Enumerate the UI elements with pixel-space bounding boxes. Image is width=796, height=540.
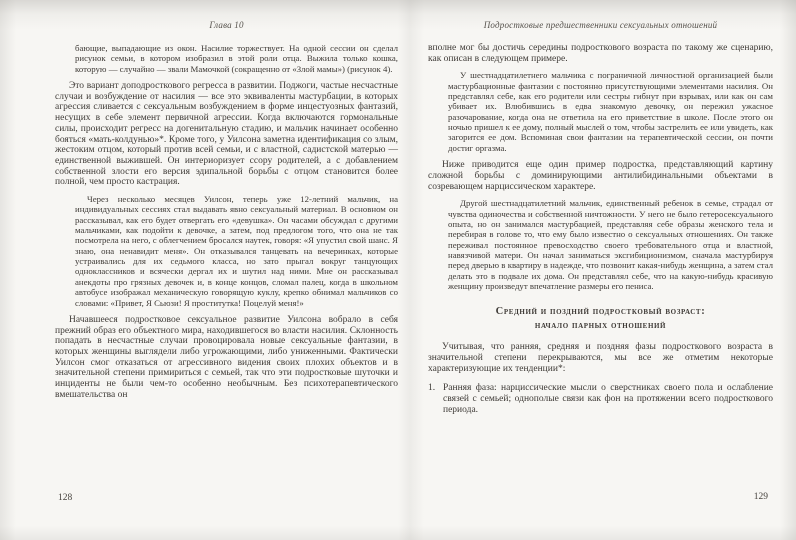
left-running-head: Глава 10 [55,20,398,30]
list-item: 1. Ранняя фаза: нарциссические мысли о с… [428,383,773,415]
left-page: Глава 10 бающие, выпадающие из окон. Нас… [55,20,398,406]
right-quote-case-vignette-1: У шестнадцатилетнего мальчика с погранич… [448,70,773,153]
left-paragraph-2: Начавшееся подростковое сексуальное разв… [55,315,398,401]
left-quote-continued: бающие, выпадающие из окон. Насилие торж… [75,43,398,74]
left-paragraph-1: Это вариант доподросткового регресса в р… [55,81,398,188]
left-page-number: 128 [58,493,72,503]
right-paragraph-1: вполне мог бы достичь середины подростко… [428,43,773,64]
list-item-text: Ранняя фаза: нарциссические мысли о свер… [443,383,773,415]
right-running-head: Подростковые предшественники сексуальных… [428,20,773,30]
right-quote-case-vignette-2: Другой шестнадцатилетний мальчик, единст… [448,198,773,291]
left-quote-case-vignette: Через несколько месяцев Уилсон, теперь у… [75,194,398,308]
book-spread: Глава 10 бающие, выпадающие из окон. Нас… [0,0,796,540]
section-heading-line-2: начало парных отношений [428,319,773,333]
right-page: Подростковые предшественники сексуальных… [428,20,773,416]
right-paragraph-3: Учитывая, что ранняя, средняя и поздняя … [428,342,773,374]
tendencies-list: 1. Ранняя фаза: нарциссические мысли о с… [428,383,773,415]
right-page-number: 129 [754,492,768,502]
right-paragraph-2: Ниже приводится еще один пример подростк… [428,160,773,192]
section-heading-line-1: Средний и поздний подростковый возраст: [428,305,773,319]
section-heading: Средний и поздний подростковый возраст: … [428,305,773,332]
list-item-number: 1. [428,383,443,415]
